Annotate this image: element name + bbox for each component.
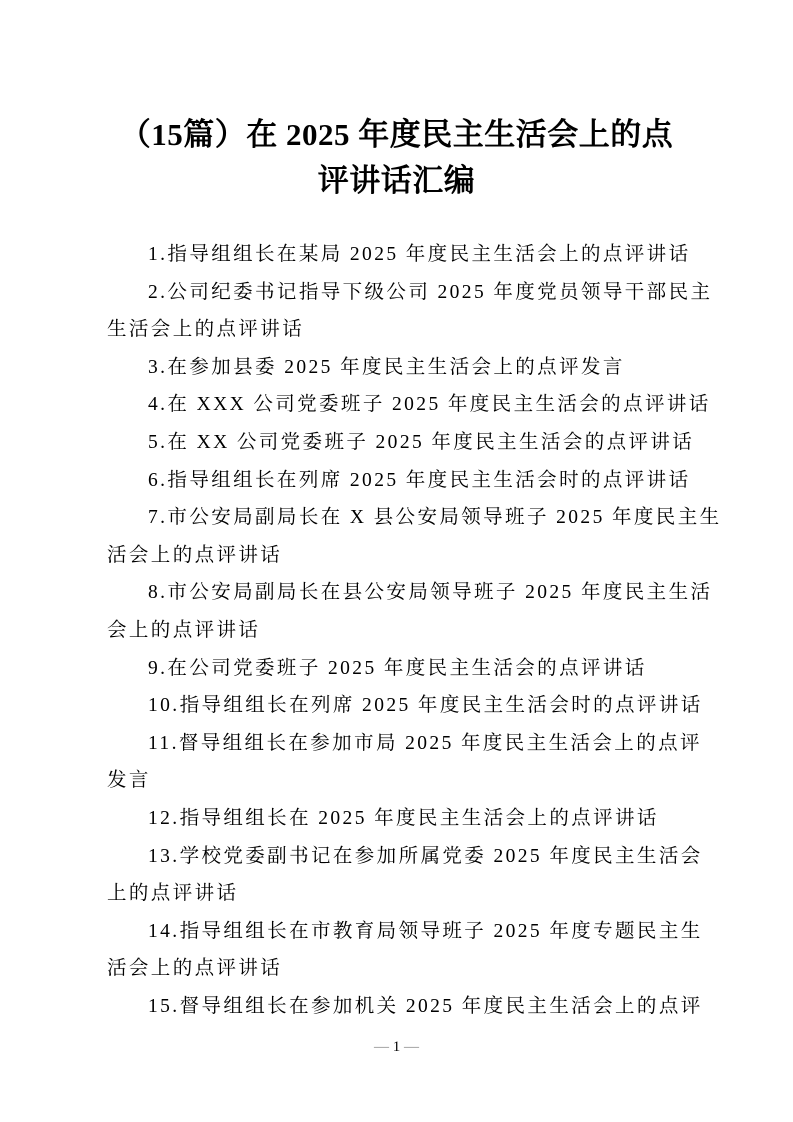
toc-item-13-cont: 上的点评讲话	[107, 875, 687, 913]
page-number: — 1 —	[0, 1039, 793, 1056]
toc-item-14: 14.指导组组长在市教育局领导班子 2025 年度专题民主生	[107, 913, 687, 951]
toc-item-2-cont: 生活会上的点评讲话	[107, 311, 687, 349]
document-page: （15篇）在 2025 年度民主生活会上的点 评讲话汇编 1.指导组组长在某局 …	[0, 0, 793, 1122]
title-line-2: 评讲话汇编	[90, 158, 703, 204]
toc-item-4: 4.在 XXX 公司党委班子 2025 年度民主生活会的点评讲话	[107, 386, 687, 424]
toc-item-11: 11.督导组组长在参加市局 2025 年度民主生活会上的点评	[107, 725, 687, 763]
toc-item-7: 7.市公安局副局长在 X 县公安局领导班子 2025 年度民主生	[107, 499, 687, 537]
toc-item-2: 2.公司纪委书记指导下级公司 2025 年度党员领导干部民主	[107, 274, 687, 312]
toc-item-12: 12.指导组组长在 2025 年度民主生活会上的点评讲话	[107, 800, 687, 838]
toc-item-5: 5.在 XX 公司党委班子 2025 年度民主生活会的点评讲话	[107, 424, 687, 462]
toc-item-7-cont: 活会上的点评讲话	[107, 537, 687, 575]
page-number-dash-right: —	[404, 1039, 419, 1055]
toc-item-9: 9.在公司党委班子 2025 年度民主生活会的点评讲话	[107, 650, 687, 688]
toc-item-10: 10.指导组组长在列席 2025 年度民主生活会时的点评讲话	[107, 687, 687, 725]
title-line-1: （15篇）在 2025 年度民主生活会上的点	[90, 112, 703, 158]
toc-item-14-cont: 活会上的点评讲话	[107, 950, 687, 988]
table-of-contents: 1.指导组组长在某局 2025 年度民主生活会上的点评讲话 2.公司纪委书记指导…	[107, 236, 687, 1025]
toc-item-15: 15.督导组组长在参加机关 2025 年度民主生活会上的点评	[107, 988, 687, 1026]
toc-item-6: 6.指导组组长在列席 2025 年度民主生活会时的点评讲话	[107, 462, 687, 500]
toc-item-8: 8.市公安局副局长在县公安局领导班子 2025 年度民主生活	[107, 574, 687, 612]
toc-item-13: 13.学校党委副书记在参加所属党委 2025 年度民主生活会	[107, 838, 687, 876]
page-number-value: 1	[393, 1039, 401, 1055]
toc-item-1: 1.指导组组长在某局 2025 年度民主生活会上的点评讲话	[107, 236, 687, 274]
document-title: （15篇）在 2025 年度民主生活会上的点 评讲话汇编	[90, 112, 703, 204]
page-number-dash-left: —	[374, 1039, 389, 1055]
toc-item-11-cont: 发言	[107, 762, 687, 800]
toc-item-3: 3.在参加县委 2025 年度民主生活会上的点评发言	[107, 349, 687, 387]
toc-item-8-cont: 会上的点评讲话	[107, 612, 687, 650]
